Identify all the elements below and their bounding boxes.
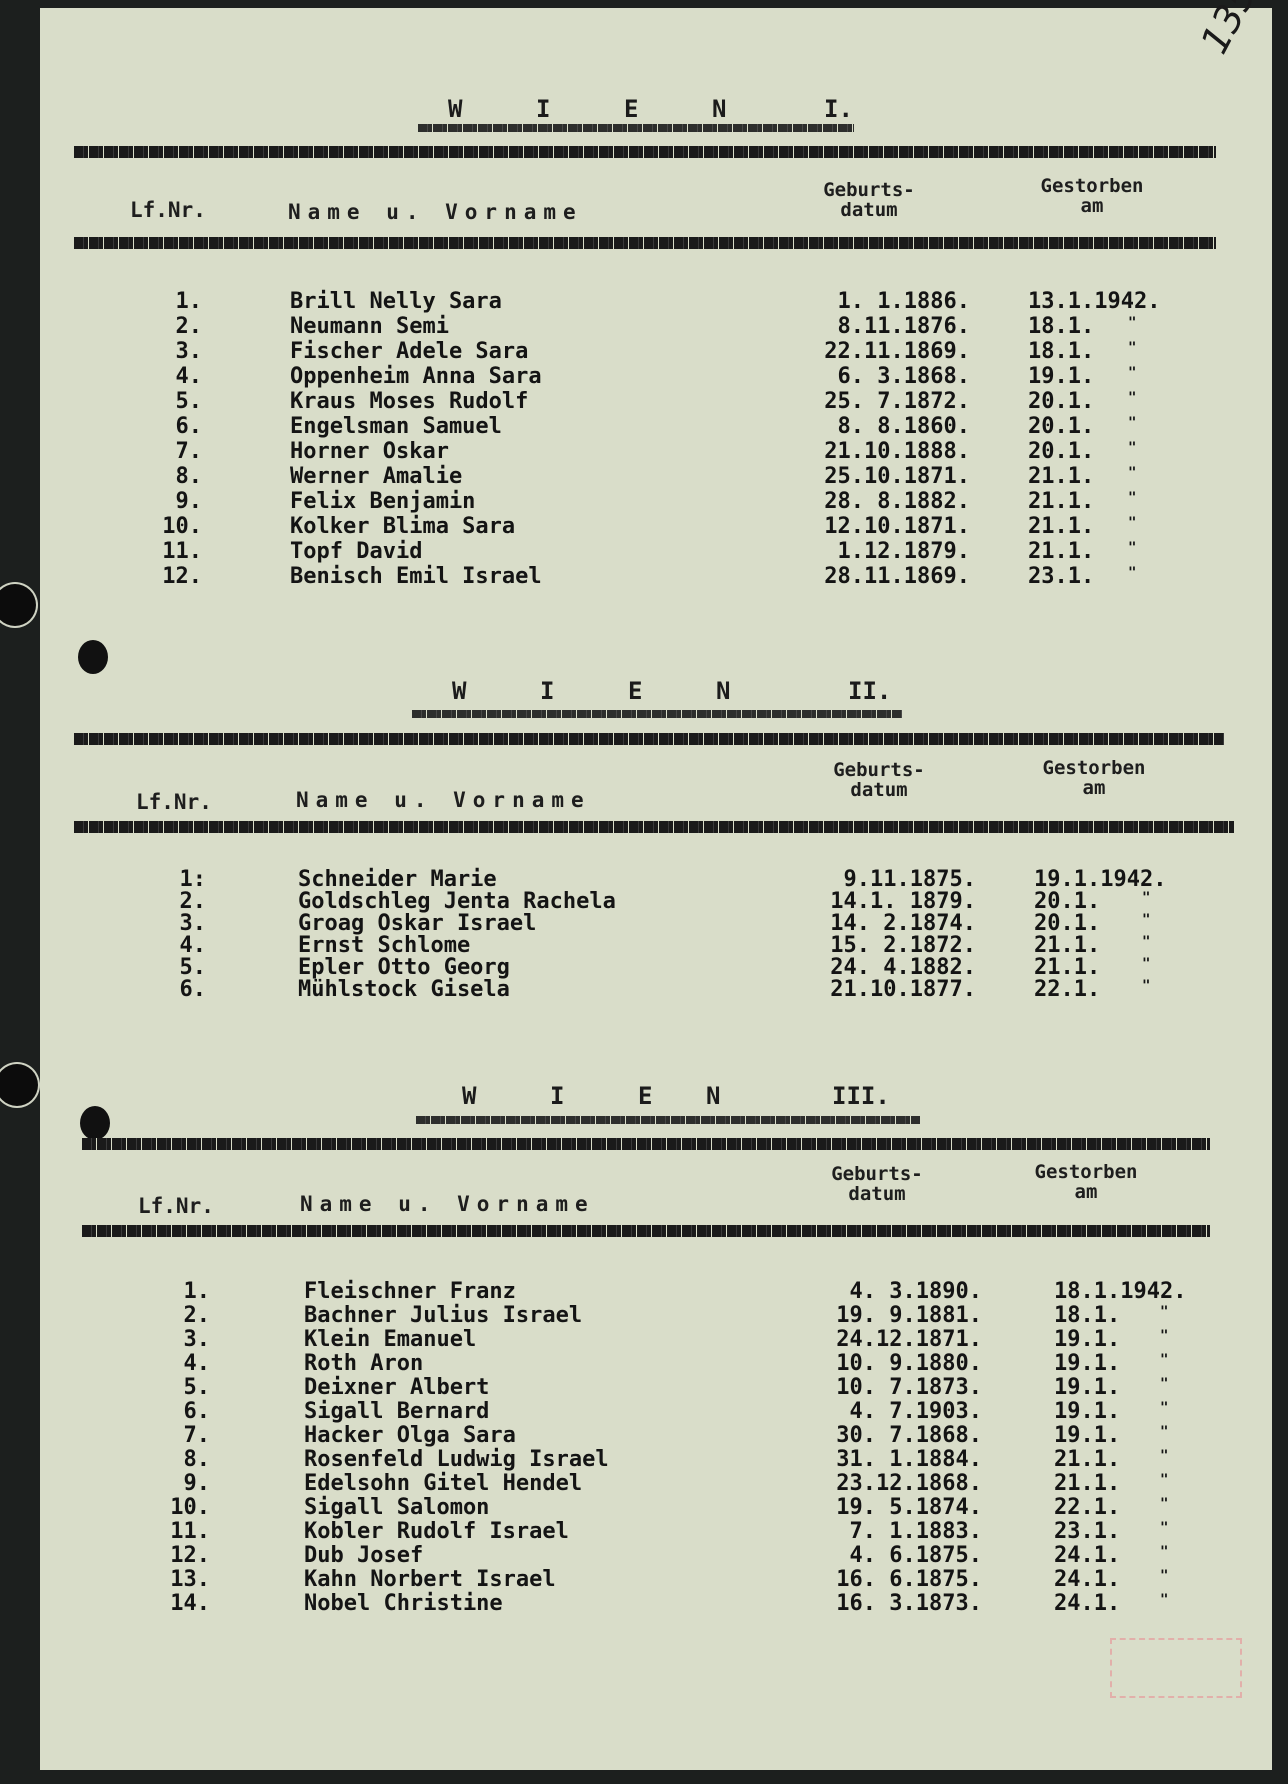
header-died: Gestorben am	[1016, 1162, 1156, 1202]
divider	[74, 146, 1216, 158]
header-name: Name u. Vorname	[300, 1192, 595, 1216]
divider	[74, 237, 1216, 249]
header-nr: Lf.Nr.	[136, 790, 212, 814]
header-name: Name u. Vorname	[288, 200, 583, 224]
title-underline	[412, 710, 902, 718]
header-born: Geburts- datum	[812, 1164, 942, 1204]
header-died: Gestorben am	[1024, 758, 1164, 798]
header-born: Geburts- datum	[814, 760, 944, 800]
divider	[74, 821, 1234, 833]
header-born: Geburts- datum	[804, 180, 934, 220]
header-nr: Lf.Nr.	[138, 1194, 214, 1218]
divider	[82, 1225, 1210, 1237]
divider	[74, 733, 1224, 745]
header-nr: Lf.Nr.	[130, 198, 206, 222]
punch-hole	[0, 584, 36, 626]
punch-hole	[80, 1106, 110, 1140]
punch-hole	[78, 640, 108, 674]
header-died: Gestorben am	[1022, 176, 1162, 216]
title-underline	[416, 1116, 920, 1124]
divider	[82, 1138, 1210, 1150]
punch-hole	[0, 1064, 38, 1106]
header-name: Name u. Vorname	[296, 788, 591, 812]
red-stamp-outline	[1110, 1638, 1242, 1698]
title-underline	[418, 124, 854, 132]
